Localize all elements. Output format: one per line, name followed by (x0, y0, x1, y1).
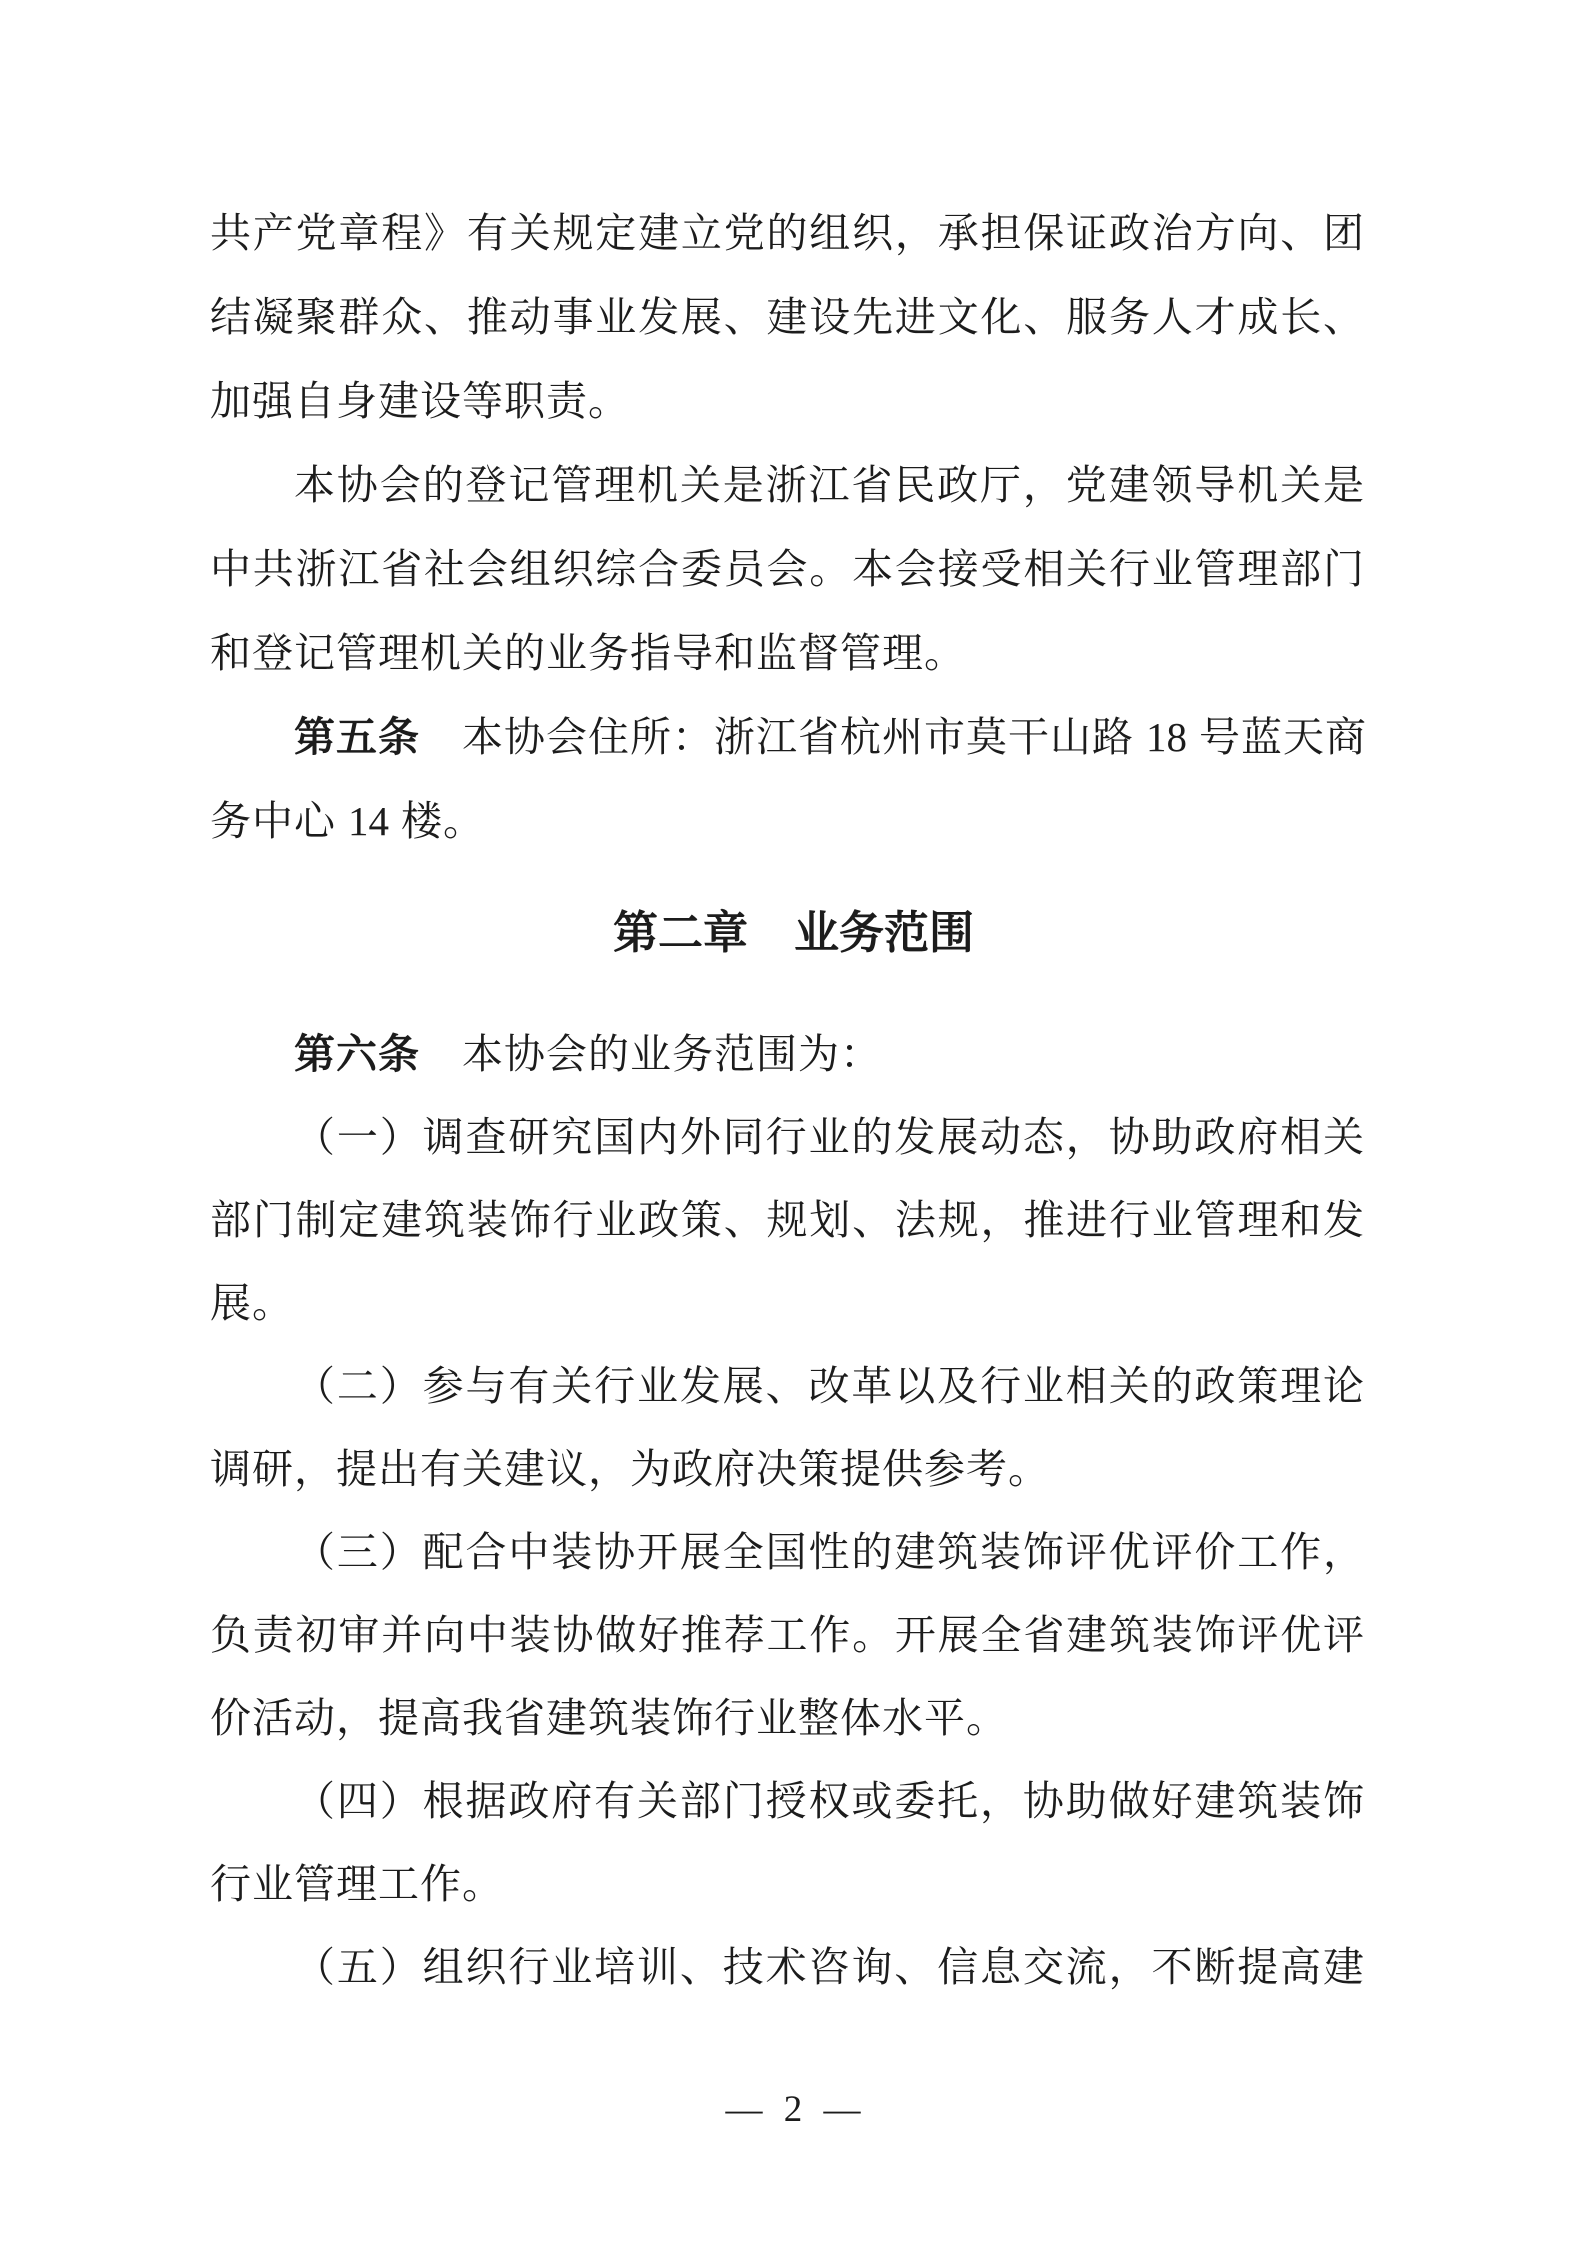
floor-number: 14 (348, 798, 389, 844)
para-continued-line-2: 结凝聚群众、推动事业发展、建设先进文化、服务人才成长、 (210, 275, 1365, 359)
item-1-line-2: 部门制定建筑装饰行业政策、规划、法规，推进行业管理和发 (210, 1179, 1365, 1262)
para-continued-line-1: 共产党章程》有关规定建立党的组织，承担保证政治方向、团 (210, 191, 1365, 275)
article-5-text-cont: 务中心 (210, 798, 336, 844)
chapter-title: 业务范围 (794, 907, 974, 958)
chapter-heading: 第二章业务范围 (0, 891, 1587, 975)
item-1-line-1: （一）调查研究国内外同行业的发展动态，协助政府相关 (210, 1096, 1365, 1179)
item-2-line-2: 调研，提出有关建议，为政府决策提供参考。 (210, 1428, 1365, 1511)
item-2-line-1: （二）参与有关行业发展、改革以及行业相关的政策理论 (210, 1345, 1365, 1428)
article-5-line-2: 务中心14楼。 (210, 779, 1365, 863)
article-5-number: 第五条 (294, 714, 420, 760)
article-5-line-1: 第五条本协会住所：浙江省杭州市莫干山路18号蓝天商 (210, 695, 1365, 779)
item-3-line-3: 价活动，提高我省建筑装饰行业整体水平。 (210, 1677, 1365, 1760)
item-3-line-1: （三）配合中装协开展全国性的建筑装饰评优评价工作， (210, 1511, 1365, 1594)
item-5-line-1: （五）组织行业培训、技术咨询、信息交流，不断提高建 (210, 1926, 1365, 2009)
body-block-top: 共产党章程》有关规定建立党的组织，承担保证政治方向、团 结凝聚群众、推动事业发展… (210, 191, 1365, 863)
body-block-bottom: 第六条本协会的业务范围为： （一）调查研究国内外同行业的发展动态，协助政府相关 … (210, 1013, 1365, 2009)
chapter-number: 第二章 (613, 907, 748, 958)
item-1-line-3: 展。 (210, 1262, 1365, 1345)
article-6-intro: 本协会的业务范围为： (462, 1031, 882, 1077)
article-5-text-post: 号蓝天商 (1199, 714, 1367, 760)
item-4-line-2: 行业管理工作。 (210, 1843, 1365, 1926)
para-continued-line-3: 加强自身建设等职责。 (210, 359, 1365, 443)
item-3-line-2: 负责初审并向中装协做好推荐工作。开展全省建筑装饰评优评 (210, 1594, 1365, 1677)
item-4-line-1: （四）根据政府有关部门授权或委托，协助做好建筑装饰 (210, 1760, 1365, 1843)
para-registration-line-3: 和登记管理机关的业务指导和监督管理。 (210, 611, 1365, 695)
para-registration-line-1: 本协会的登记管理机关是浙江省民政厅，党建领导机关是 (210, 443, 1365, 527)
article-6-number: 第六条 (294, 1031, 420, 1077)
document-page: 共产党章程》有关规定建立党的组织，承担保证政治方向、团 结凝聚群众、推动事业发展… (0, 0, 1587, 2245)
page-number: — 2 — (0, 2088, 1587, 2132)
street-number: 18 (1146, 714, 1187, 760)
article-6-line: 第六条本协会的业务范围为： (210, 1013, 1365, 1096)
article-5-text-pre: 本协会住所：浙江省杭州市莫干山路 (462, 714, 1134, 760)
para-registration-line-2: 中共浙江省社会组织综合委员会。本会接受相关行业管理部门 (210, 527, 1365, 611)
article-5-text-end: 楼。 (401, 798, 485, 844)
